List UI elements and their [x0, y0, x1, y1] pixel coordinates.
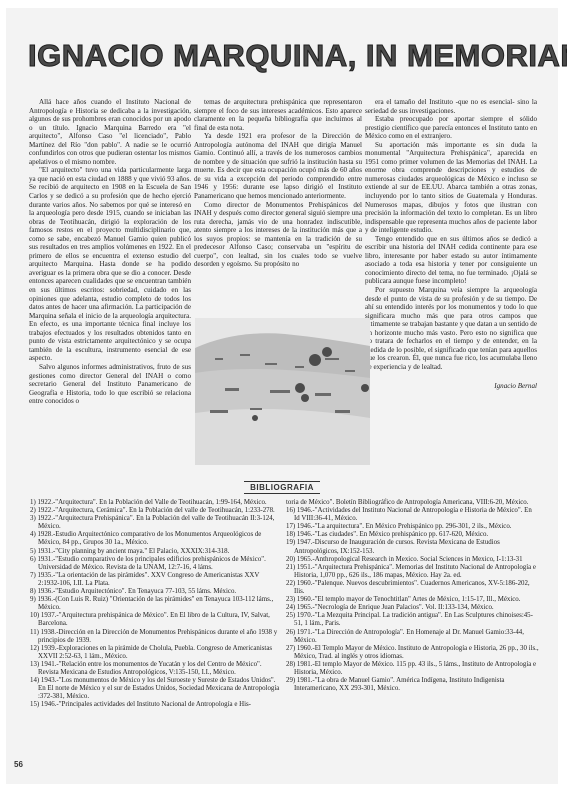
archaeological-site-photo: [195, 318, 370, 465]
bibliography-entry: 2) 1922.-"Arquitectura, Cerámica". En la…: [30, 507, 280, 515]
bibliography-entry: 17) 1946.-"La arquitectura". En México P…: [286, 523, 539, 531]
article-column-1: Allá hace años cuando el Instituto Nacio…: [29, 98, 191, 406]
bibliography-entry: 4) 1928.-Estudio Arquitectónico comparat…: [30, 531, 280, 547]
paragraph: Allá hace años cuando el Instituto Nacio…: [29, 98, 191, 166]
article-title: IGNACIO MARQUINA, IN MEMORIAM: [28, 38, 542, 74]
paragraph: Su aportación más importante es sin duda…: [365, 141, 537, 235]
bibliography-entry: 11) 1938.-Dirección en la Dirección de M…: [30, 629, 280, 645]
bibliography-entry: 8) 1936.-"Estudio Arquitectónico". En Te…: [30, 588, 280, 596]
bibliography-entry: 13) 1941.-"Relación entre los monumentos…: [30, 661, 280, 677]
bibliography-entry: 10) 1937.-"Arquitectura prehispánica de …: [30, 612, 280, 628]
paragraph: Ya desde 1921 era profesor de la Direcci…: [194, 132, 362, 200]
bibliography-entry: 12) 1939.-Exploraciones en la pirámide d…: [30, 645, 280, 661]
bibliography-entry: 15) 1946.-"Principales actividades del I…: [30, 701, 280, 709]
paragraph: temas de arquitectura prehispánica que r…: [194, 98, 362, 132]
bibliography-entry: 3) 1922.-"Arquitectura Prehispánica". En…: [30, 515, 280, 531]
bibliography-entry: 27) 1960.-El Templo Mayor de México. Ins…: [286, 645, 539, 661]
bibliography-entry: toria de México". Boletín Bibliográfico …: [286, 499, 539, 507]
paragraph: Como director de Monumentos Prehispánico…: [194, 201, 362, 269]
bibliography-entry: 9) 1936.-(Con Luis R. Ruiz) "Orientación…: [30, 596, 280, 612]
bibliography-heading: BIBLIOGRAFIA: [244, 481, 320, 494]
bibliography-entry: 28) 1981.-El templo Mayor de México. 115…: [286, 661, 539, 677]
bibliography-entry: 20) 1965.-Anthropological Research in Me…: [286, 556, 539, 564]
bibliography-entry: 22) 1960.-"Palenque. Nuevos descubrimien…: [286, 580, 539, 596]
article-column-2: temas de arquitectura prehispánica que r…: [194, 98, 362, 269]
bibliography-right-column: toria de México". Boletín Bibliográfico …: [286, 499, 539, 693]
paragraph: Salvo algunos informes administrativos, …: [29, 363, 191, 406]
author-signature: Ignacio Bernal: [365, 382, 537, 391]
paragraph: Estaba preocupado por aportar siempre el…: [365, 115, 537, 141]
bibliography-entry: 5) 1931.-"City planning by ancient maya.…: [30, 548, 280, 556]
bibliography-left-column: 1) 1922.-"Arquitectura". En la Población…: [30, 499, 280, 709]
page-number: 56: [14, 760, 23, 769]
paragraph: Por supuesto Marquina veía siempre la ar…: [365, 286, 537, 371]
bibliography-entry: 26) 1971.-"La Dirección de Antropología"…: [286, 629, 539, 645]
bibliography-entry: 19) 1947.-Discurso de Inauguración de cu…: [286, 539, 539, 555]
paragraph: "El arquitecto" tuvo una vida particular…: [29, 166, 191, 363]
bibliography-entry: 23) 1960.-"El templo mayor de Tenochtitl…: [286, 596, 539, 604]
paragraph: era el tamaño del Instituto -que no es e…: [365, 98, 537, 115]
bibliography-entry: 29) 1981.-"La obra de Manuel Gamio". Amé…: [286, 677, 539, 693]
bibliography-entry: 21) 1951.-"Arquitectura Prehispánica". M…: [286, 564, 539, 580]
bibliography-entry: 24) 1965.-"Necrología de Enrique Juan Pa…: [286, 604, 539, 612]
bibliography-entry: 16) 1946.-"Actividades del Instituto Nac…: [286, 507, 539, 523]
bibliography-entry: 1) 1922.-"Arquitectura". En la Población…: [30, 499, 280, 507]
bibliography-entry: 7) 1935.-"La orientación de las pirámide…: [30, 572, 280, 588]
bibliography-entry: 14) 1943.-"Los monumentos de México y lo…: [30, 677, 280, 701]
paragraph: Tengo entendido que en sus últimos años …: [365, 235, 537, 286]
bibliography-entry: 18) 1946.-"Las ciudades". En México preh…: [286, 531, 539, 539]
article-column-3: era el tamaño del Instituto -que no es e…: [365, 98, 537, 390]
bibliography-entry: 25) 1970.-"La Mezquita Principal. La tra…: [286, 612, 539, 628]
landscape-image-icon: [195, 318, 370, 465]
bibliography-entry: 6) 1931.-"Estudio comparativo de los pri…: [30, 556, 280, 572]
